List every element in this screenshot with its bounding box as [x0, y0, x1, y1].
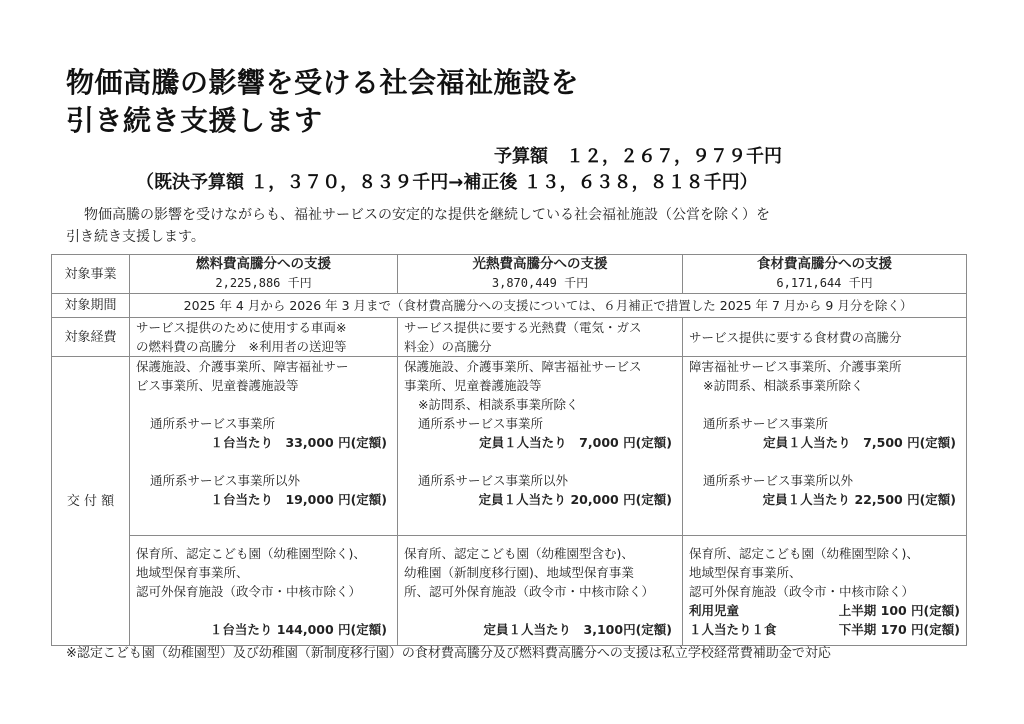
second-half-row: １人当たり１食 下半期 170 円(定額) — [689, 620, 960, 639]
title-line-1: 物価高騰の影響を受ける社会福祉施設を — [66, 64, 579, 102]
facilities-line: 障害福祉サービス事業所、介護事業所 — [689, 357, 960, 376]
grant-lower-utilities: 保育所、認定こども園（幼稚園型含む)、 幼稚園（新制度移行園)、地域型保育事業 … — [398, 536, 683, 646]
childcare-line: 地域型保育事業所、 — [136, 563, 391, 582]
exclusion-note: ※訪問系、相談系事業所除く — [689, 376, 960, 395]
page-title: 物価高騰の影響を受ける社会福祉施設を 引き続き支援します — [66, 64, 579, 140]
other-service-label: 通所系サービス事業所以外 — [404, 471, 676, 490]
facilities-line: 保護施設、介護事業所、障害福祉サービス — [404, 357, 676, 376]
row-period: 対象期間 2025 年 4 月から 2026 年 3 月まで（食材費高騰分への支… — [52, 294, 967, 318]
grant-lower-fuel: 保育所、認定こども園（幼稚園型除く)、 地域型保育事業所、 認可外保育施設（政令… — [130, 536, 398, 646]
support-table: 対象事業 燃料費高騰分への支援 2,225,886 千円 光熱費高騰分への支援 … — [51, 254, 967, 646]
other-service-label: 通所系サービス事業所以外 — [689, 471, 960, 490]
other-service-label: 通所系サービス事業所以外 — [136, 471, 391, 490]
row-grant-lower: 保育所、認定こども園（幼稚園型除く)、 地域型保育事業所、 認可外保育施設（政令… — [52, 536, 967, 646]
header-title: 燃料費高騰分への支援 — [136, 255, 391, 274]
day-service-amount: 定員１人当たり 7,500 円(定額) — [689, 433, 960, 452]
childcare-line: 幼稚園（新制度移行園)、地域型保育事業 — [404, 563, 676, 582]
footnote: ※認定こども園（幼稚園型）及び幼稚園（新制度移行園）の食材費高騰分及び燃料費高騰… — [66, 642, 831, 661]
childcare-line: 認可外保育施設（政令市・中核市除く） — [136, 582, 391, 601]
label-grant: 交 付 額 — [52, 357, 130, 646]
childcare-line: 保育所、認定こども園（幼稚園型除く)、 — [136, 544, 391, 563]
facilities-line: ビス事業所、児童養護施設等 — [136, 376, 391, 395]
expense-food: サービス提供に要する食材費の高騰分 — [683, 318, 967, 357]
day-service-label: 通所系サービス事業所 — [689, 414, 960, 433]
header-food: 食材費高騰分への支援 6,171,644 千円 — [683, 255, 967, 294]
childcare-line: 保育所、認定こども園（幼稚園型除く)、 — [689, 544, 960, 563]
grant-upper-food: 障害福祉サービス事業所、介護事業所 ※訪問系、相談系事業所除く 通所系サービス事… — [683, 357, 967, 536]
expense-utilities: サービス提供に要する光熱費（電気・ガス 料金）の高騰分 — [398, 318, 683, 357]
day-service-label: 通所系サービス事業所 — [404, 414, 676, 433]
label-expense: 対象経費 — [52, 318, 130, 357]
expense-fuel: サービス提供のために使用する車両※ の燃料費の高騰分 ※利用者の送迎等 — [130, 318, 398, 357]
facilities-line: 保護施設、介護事業所、障害福祉サー — [136, 357, 391, 376]
expense-line: サービス提供に要する光熱費（電気・ガス — [404, 318, 676, 337]
intro-line-2: 引き続き支援します。 — [66, 226, 946, 248]
day-service-label: 通所系サービス事業所 — [136, 414, 391, 433]
exclusion-note: ※訪問系、相談系事業所除く — [404, 395, 676, 414]
label-business: 対象事業 — [52, 255, 130, 294]
expense-line: サービス提供のために使用する車両※ — [136, 318, 391, 337]
label-period: 対象期間 — [52, 294, 130, 318]
childcare-line: 保育所、認定こども園（幼稚園型含む)、 — [404, 544, 676, 563]
facilities-line: 事業所、児童養護施設等 — [404, 376, 676, 395]
row-business: 対象事業 燃料費高騰分への支援 2,225,886 千円 光熱費高騰分への支援 … — [52, 255, 967, 294]
period-text: 2025 年 4 月から 2026 年 3 月まで（食材費高騰分への支援について… — [130, 294, 967, 318]
second-half-amount: 下半期 170 円(定額) — [839, 620, 960, 639]
day-service-amount: １台当たり 33,000 円(定額) — [136, 433, 391, 452]
day-service-amount: 定員１人当たり 7,000 円(定額) — [404, 433, 676, 452]
header-utilities: 光熱費高騰分への支援 3,870,449 千円 — [398, 255, 683, 294]
childcare-amount: 定員１人当たり 3,100円(定額) — [404, 620, 676, 639]
childcare-line: 地域型保育事業所、 — [689, 563, 960, 582]
childcare-line: 認可外保育施設（政令市・中核市除く） — [689, 582, 960, 601]
other-service-amount: 定員１人当たり 22,500 円(定額) — [689, 490, 960, 509]
first-half-row: 利用児童 上半期 100 円(定額) — [689, 601, 960, 620]
budget-breakdown: （既決予算額 １，３７０，８３９千円→補正後 １３，６３８，８１８千円） — [136, 168, 1024, 194]
header-amount: 6,171,644 千円 — [689, 274, 960, 293]
expense-line: サービス提供に要する食材費の高騰分 — [689, 328, 960, 347]
grant-lower-food: 保育所、認定こども園（幼稚園型除く)、 地域型保育事業所、 認可外保育施設（政令… — [683, 536, 967, 646]
per-meal-label: １人当たり１食 — [689, 620, 777, 639]
first-half-amount: 上半期 100 円(定額) — [839, 601, 960, 620]
childcare-amount: １台当たり 144,000 円(定額) — [136, 620, 391, 639]
grant-upper-fuel: 保護施設、介護事業所、障害福祉サー ビス事業所、児童養護施設等 通所系サービス事… — [130, 357, 398, 536]
other-service-amount: 定員１人当たり 20,000 円(定額) — [404, 490, 676, 509]
expense-line: 料金）の高騰分 — [404, 337, 676, 356]
childcare-line: 所、認可外保育施設（政令市・中核市除く） — [404, 582, 676, 601]
expense-line: の燃料費の高騰分 ※利用者の送迎等 — [136, 337, 391, 356]
header-amount: 2,225,886 千円 — [136, 274, 391, 293]
header-title: 食材費高騰分への支援 — [689, 255, 960, 274]
other-service-amount: １台当たり 19,000 円(定額) — [136, 490, 391, 509]
header-title: 光熱費高騰分への支援 — [404, 255, 676, 274]
header-fuel: 燃料費高騰分への支援 2,225,886 千円 — [130, 255, 398, 294]
row-expense: 対象経費 サービス提供のために使用する車両※ の燃料費の高騰分 ※利用者の送迎等… — [52, 318, 967, 357]
title-line-2: 引き続き支援します — [66, 102, 579, 140]
grant-upper-utilities: 保護施設、介護事業所、障害福祉サービス 事業所、児童養護施設等 ※訪問系、相談系… — [398, 357, 683, 536]
budget-amount: 予算額 １２，２６７，９７９千円 — [494, 142, 1024, 168]
header-amount: 3,870,449 千円 — [404, 274, 676, 293]
intro-paragraph: 物価高騰の影響を受けながらも、福祉サービスの安定的な提供を継続している社会福祉施… — [66, 204, 946, 248]
child-label: 利用児童 — [689, 601, 739, 620]
row-grant-upper: 交 付 額 保護施設、介護事業所、障害福祉サー ビス事業所、児童養護施設等 通所… — [52, 357, 967, 536]
intro-line-1: 物価高騰の影響を受けながらも、福祉サービスの安定的な提供を継続している社会福祉施… — [66, 204, 946, 226]
